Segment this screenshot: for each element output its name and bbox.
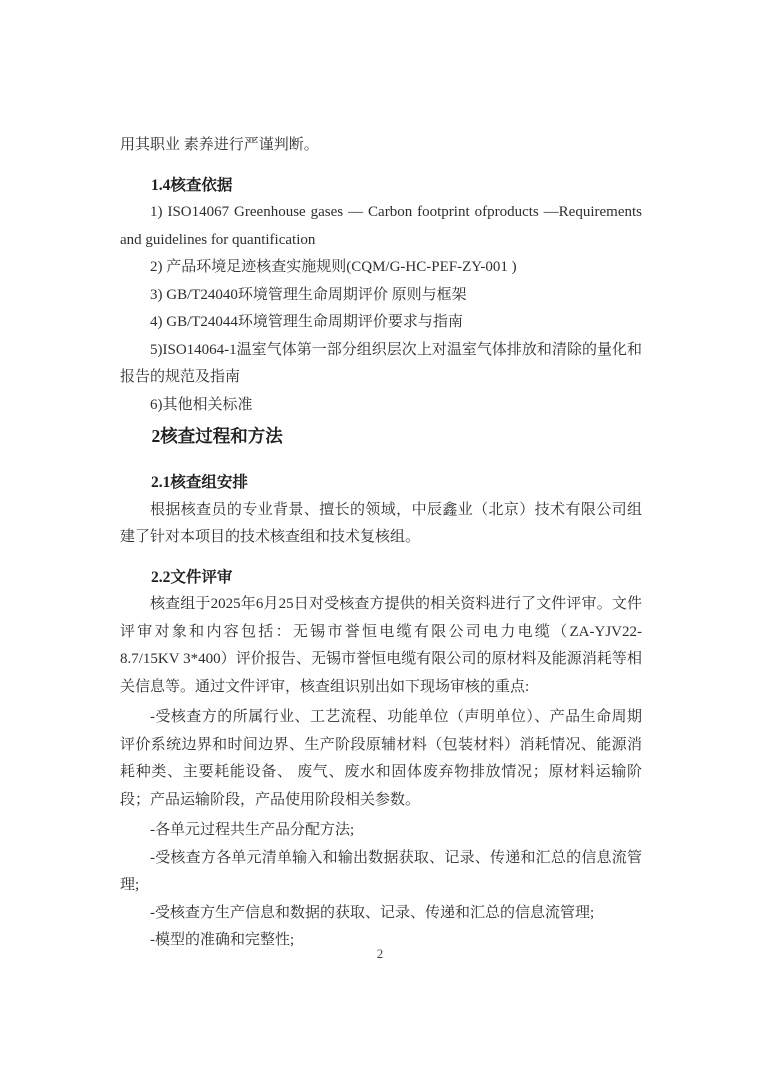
list-item-gbt24044: 4) GB/T24044环境管理生命周期评价要求与指南	[120, 309, 642, 337]
section-heading-2-2-document-review: 2.2文件评审	[120, 564, 642, 592]
list-item-other-standards: 6)其他相关标准	[120, 392, 642, 420]
document-content: 用其职业 素养进行严谨判断。 1.4核查依据 1) ISO14067 Green…	[120, 132, 642, 955]
page-number: 2	[0, 946, 760, 962]
list-item-iso14064-1: 5)ISO14064-1温室气体第一部分组织层次上对温室气体排放和清除的量化和报…	[120, 337, 642, 392]
paragraph-judgement-continuation: 用其职业 素养进行严谨判断。	[120, 132, 642, 160]
list-item-iso14067: 1) ISO14067 Greenhouse gases — Carbon fo…	[120, 199, 642, 254]
paragraph-team-formation: 根据核查员的专业背景、擅长的领域，中辰鑫业（北京）技术有限公司组建了针对本项目的…	[120, 497, 642, 552]
section-heading-2-1-team-arrangement: 2.1核查组安排	[120, 469, 642, 497]
section-heading-1-4-verification-basis: 1.4核查依据	[120, 172, 642, 200]
focus-item-coproduct-allocation: -各单元过程共生产品分配方法;	[120, 817, 642, 845]
document-page: 用其职业 素养进行严谨判断。 1.4核查依据 1) ISO14067 Green…	[0, 0, 760, 1075]
focus-item-industry-process-boundaries: -受核查方的所属行业、工艺流程、功能单位（声明单位）、产品生命周期评价系统边界和…	[120, 704, 642, 814]
focus-item-unit-inventory-information-flow: -受核查方各单元清单输入和输出数据获取、记录、传递和汇总的信息流管理;	[120, 845, 642, 900]
chapter-heading-2-process-and-method: 2核查过程和方法	[120, 421, 642, 451]
focus-item-production-information-flow: -受核查方生产信息和数据的获取、记录、传递和汇总的信息流管理;	[120, 900, 642, 928]
list-item-gbt24040: 3) GB/T24040环境管理生命周期评价 原则与框架	[120, 282, 642, 310]
paragraph-document-review: 核查组于2025年6月25日对受核查方提供的相关资料进行了文件评审。文件评审对象…	[120, 591, 642, 701]
list-item-cqm-rule: 2) 产品环境足迹核查实施规则(CQM/G-HC-PEF-ZY-001 )	[120, 254, 642, 282]
